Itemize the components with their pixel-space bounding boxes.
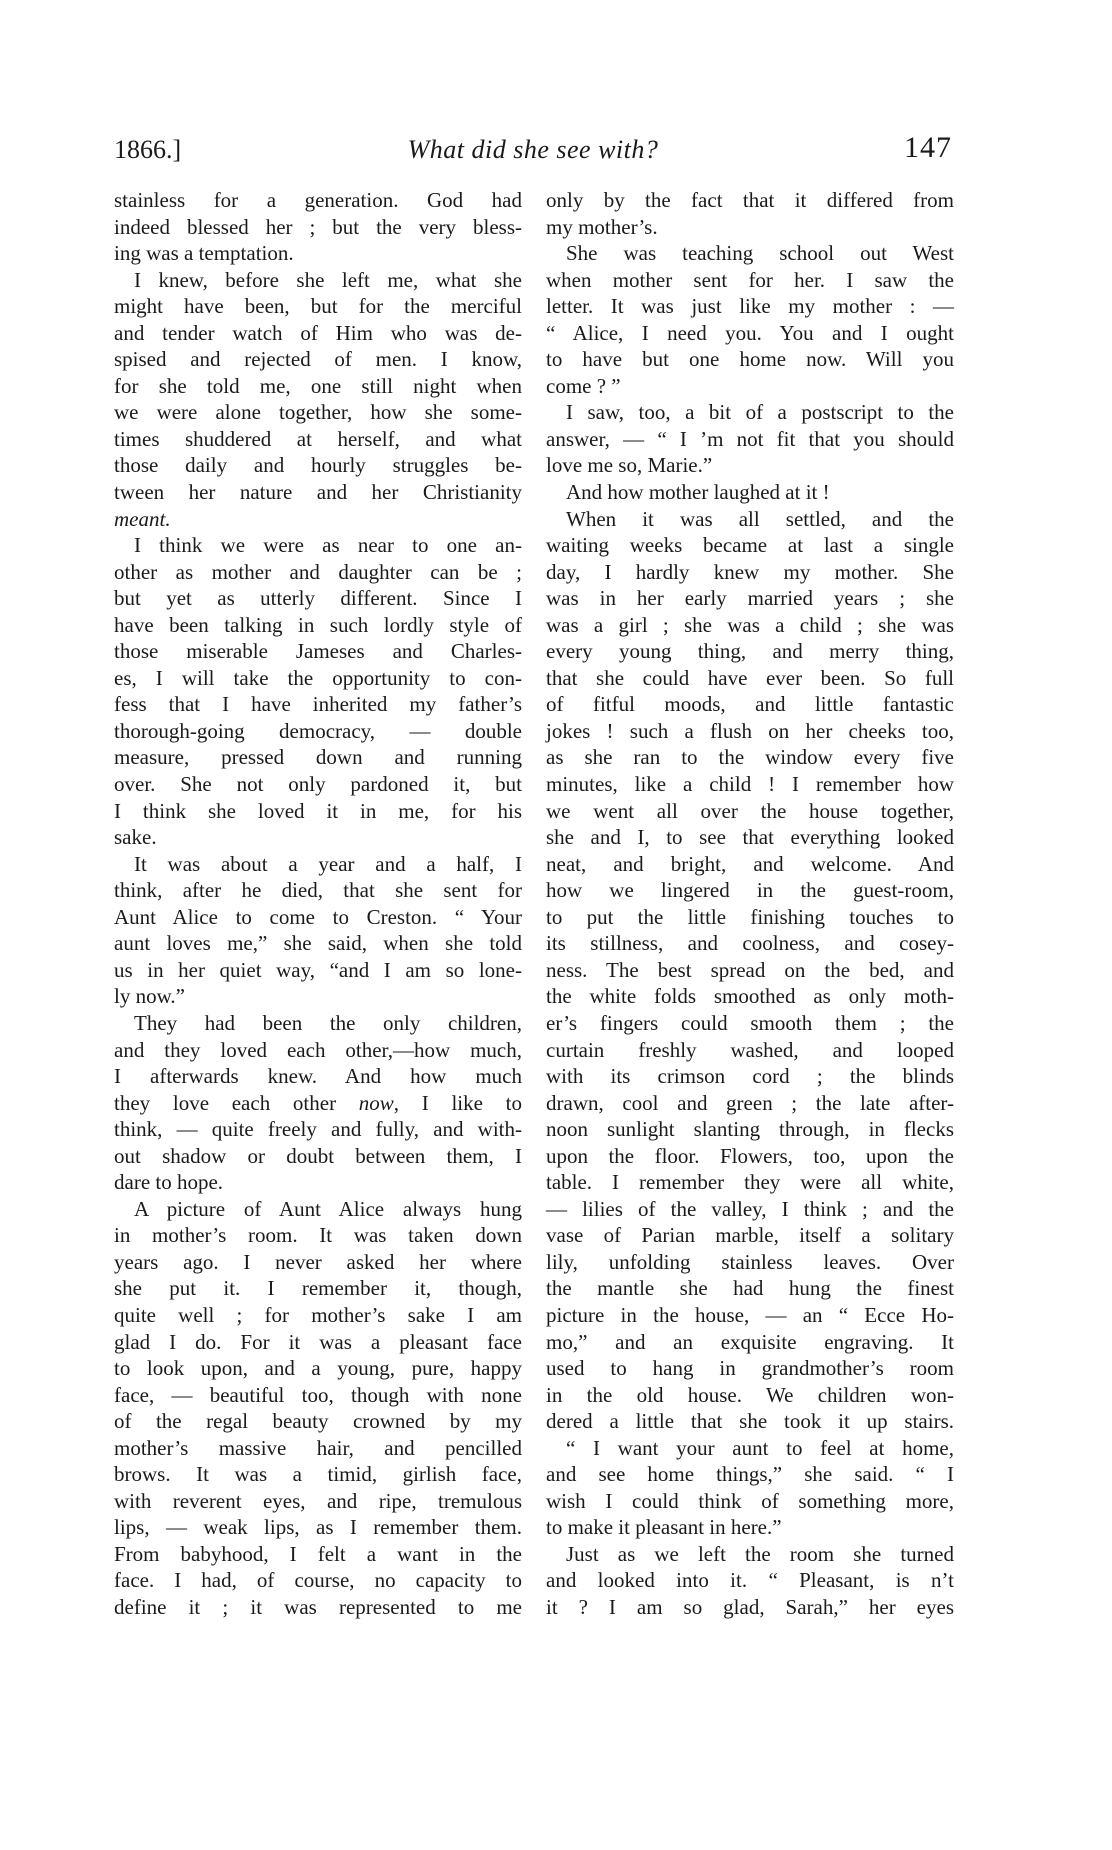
text-line: they love each other now, I like to	[114, 1090, 522, 1117]
text-line-content: meant.	[114, 506, 522, 533]
text-line: I think we were as near to one an-	[114, 532, 522, 559]
text-line-content: mo,” and an exquisite engraving. It	[546, 1329, 954, 1356]
text-line-content: ing was a temptation.	[114, 240, 522, 267]
text-line-content: lips, — weak lips, as I remember them.	[114, 1514, 522, 1541]
text-line-content: answer, — “ I ’m not fit that you should	[546, 426, 954, 453]
text-line-content: curtain freshly washed, and looped	[546, 1037, 954, 1064]
text-line: us in her quiet way, “and I am so lone-	[114, 957, 522, 984]
text-line: but yet as utterly different. Since I	[114, 585, 522, 612]
text-line-content: define it ; it was represented to me	[114, 1594, 522, 1621]
text-line: every young thing, and merry thing,	[546, 638, 954, 665]
text-line: Aunt Alice to come to Creston. “ Your	[114, 904, 522, 931]
text-line: those daily and hourly struggles be-	[114, 452, 522, 479]
text-line: out shadow or doubt between them, I	[114, 1143, 522, 1170]
text-line: over. She not only pardoned it, but	[114, 771, 522, 798]
text-line: think, after he died, that she sent for	[114, 877, 522, 904]
text-line-content: glad I do. For it was a pleasant face	[114, 1329, 522, 1356]
text-line: brows. It was a timid, girlish face,	[114, 1461, 522, 1488]
text-line: quite well ; for mother’s sake I am	[114, 1302, 522, 1329]
text-line-content: it ? I am so glad, Sarah,” her eyes	[546, 1594, 954, 1621]
text-line: was a girl ; she was a child ; she was	[546, 612, 954, 639]
text-line-content: dered a little that she took it up stair…	[546, 1408, 954, 1435]
text-line: vase of Parian marble, itself a solitary	[546, 1222, 954, 1249]
text-line-content: its stillness, and coolness, and cosey-	[546, 930, 954, 957]
text-line-content: other as mother and daughter can be ;	[114, 559, 522, 586]
text-line-content: I think she loved it in me, for his	[114, 798, 522, 825]
text-line: ly now.”	[114, 983, 522, 1010]
text-line: upon the floor. Flowers, too, upon the	[546, 1143, 954, 1170]
text-line-content: that she could have ever been. So full	[546, 665, 954, 692]
text-line-content: table. I remember they were all white,	[546, 1169, 954, 1196]
text-line-content: Just as we left the room she turned	[566, 1541, 954, 1568]
text-line-content: They had been the only children,	[134, 1010, 522, 1037]
text-line: those miserable Jameses and Charles-	[114, 638, 522, 665]
left-column: stainless for a generation. God hadindee…	[114, 187, 522, 1621]
text-line-content: and they loved each other,—how much,	[114, 1037, 522, 1064]
text-line: er’s fingers could smooth them ; the	[546, 1010, 954, 1037]
text-line: the mantle she had hung the finest	[546, 1275, 954, 1302]
text-line: she and I, to see that everything looked	[546, 824, 954, 851]
text-line: she put it. I remember it, though,	[114, 1275, 522, 1302]
text-line: to put the little finishing touches to	[546, 904, 954, 931]
text-line-content: brows. It was a timid, girlish face,	[114, 1461, 522, 1488]
text-line: and they loved each other,—how much,	[114, 1037, 522, 1064]
text-line-content: It was about a year and a half, I	[134, 851, 522, 878]
text-line-content: they love each other now, I like to	[114, 1090, 522, 1117]
text-line-content: — lilies of the valley, I think ; and th…	[546, 1196, 954, 1223]
text-line-content: er’s fingers could smooth them ; the	[546, 1010, 954, 1037]
text-line: ness. The best spread on the bed, and	[546, 957, 954, 984]
text-line: face. I had, of course, no capacity to	[114, 1567, 522, 1594]
text-line-content: picture in the house, — an “ Ecce Ho-	[546, 1302, 954, 1329]
running-header: 1866.] What did she see with? 147	[114, 132, 952, 168]
text-line-content: From babyhood, I felt a want in the	[114, 1541, 522, 1568]
text-line: Just as we left the room she turned	[546, 1541, 954, 1568]
text-line: and see home things,” she said. “ I	[546, 1461, 954, 1488]
text-line-content: waiting weeks became at last a single	[546, 532, 954, 559]
text-line: She was teaching school out West	[546, 240, 954, 267]
text-line: love me so, Marie.”	[546, 452, 954, 479]
text-line-content: drawn, cool and green ; the late after-	[546, 1090, 954, 1117]
text-line: used to hang in grandmother’s room	[546, 1355, 954, 1382]
text-line: for she told me, one still night when	[114, 373, 522, 400]
text-line: letter. It was just like my mother : —	[546, 293, 954, 320]
text-line-content: and tender watch of Him who was de-	[114, 320, 522, 347]
text-line-content: neat, and bright, and welcome. And	[546, 851, 954, 878]
text-line-content: when mother sent for her. I saw the	[546, 267, 954, 294]
text-line: to make it pleasant in here.”	[546, 1514, 954, 1541]
text-line: lips, — weak lips, as I remember them.	[114, 1514, 522, 1541]
text-line-content: but yet as utterly different. Since I	[114, 585, 522, 612]
text-line: curtain freshly washed, and looped	[546, 1037, 954, 1064]
text-line-content: quite well ; for mother’s sake I am	[114, 1302, 522, 1329]
text-line: noon sunlight slanting through, in fleck…	[546, 1116, 954, 1143]
text-line: dare to hope.	[114, 1169, 522, 1196]
text-line: I knew, before she left me, what she	[114, 267, 522, 294]
text-line-content: stainless for a generation. God had	[114, 187, 522, 214]
text-line: jokes ! such a flush on her cheeks too,	[546, 718, 954, 745]
text-line: how we lingered in the guest-room,	[546, 877, 954, 904]
text-line-content: every young thing, and merry thing,	[546, 638, 954, 665]
text-line: we went all over the house together,	[546, 798, 954, 825]
text-line: wish I could think of something more,	[546, 1488, 954, 1515]
text-line-content: might have been, but for the merciful	[114, 293, 522, 320]
text-line: minutes, like a child ! I remember how	[546, 771, 954, 798]
text-line-content: think, after he died, that she sent for	[114, 877, 522, 904]
text-line-content: fess that I have inherited my father’s	[114, 691, 522, 718]
text-line: times shuddered at herself, and what	[114, 426, 522, 453]
text-line: to look upon, and a young, pure, happy	[114, 1355, 522, 1382]
text-line-content: es, I will take the opportunity to con-	[114, 665, 522, 692]
text-line: its stillness, and coolness, and cosey-	[546, 930, 954, 957]
text-line-content: of the regal beauty crowned by my	[114, 1408, 522, 1435]
text-line-content: letter. It was just like my mother : —	[546, 293, 954, 320]
text-line: table. I remember they were all white,	[546, 1169, 954, 1196]
text-line: I think she loved it in me, for his	[114, 798, 522, 825]
text-line-content: noon sunlight slanting through, in fleck…	[546, 1116, 954, 1143]
text-line: meant.	[114, 506, 522, 533]
text-line-content: in the old house. We children won-	[546, 1382, 954, 1409]
text-line-content: in mother’s room. It was taken down	[114, 1222, 522, 1249]
text-line-content: ness. The best spread on the bed, and	[546, 957, 954, 984]
text-line-content: of fitful moods, and little fantastic	[546, 691, 954, 718]
text-line: in the old house. We children won-	[546, 1382, 954, 1409]
text-line-content: minutes, like a child ! I remember how	[546, 771, 954, 798]
text-line: lily, unfolding stainless leaves. Over	[546, 1249, 954, 1276]
text-line-content: wish I could think of something more,	[546, 1488, 954, 1515]
text-line-content: us in her quiet way, “and I am so lone-	[114, 957, 522, 984]
text-line-content: for she told me, one still night when	[114, 373, 522, 400]
text-line: “ I want your aunt to feel at home,	[546, 1435, 954, 1462]
text-line: thorough-going democracy, — double	[114, 718, 522, 745]
text-line: with its crimson cord ; the blinds	[546, 1063, 954, 1090]
text-line: come ? ”	[546, 373, 954, 400]
text-line-content: face, — beautiful too, though with none	[114, 1382, 522, 1409]
text-line-content: over. She not only pardoned it, but	[114, 771, 522, 798]
text-line: indeed blessed her ; but the very bless-	[114, 214, 522, 241]
text-line-content: to have but one home now. Will you	[546, 346, 954, 373]
text-line-content: jokes ! such a flush on her cheeks too,	[546, 718, 954, 745]
text-line: answer, — “ I ’m not fit that you should	[546, 426, 954, 453]
text-line-content: we went all over the house together,	[546, 798, 954, 825]
text-line: as she ran to the window every five	[546, 744, 954, 771]
text-line-content: A picture of Aunt Alice always hung	[134, 1196, 522, 1223]
text-line: to have but one home now. Will you	[546, 346, 954, 373]
text-line: — lilies of the valley, I think ; and th…	[546, 1196, 954, 1223]
text-line: They had been the only children,	[114, 1010, 522, 1037]
text-line: drawn, cool and green ; the late after-	[546, 1090, 954, 1117]
text-line: only by the fact that it differed from	[546, 187, 954, 214]
text-line: the white folds smoothed as only moth-	[546, 983, 954, 1010]
text-line-content: day, I hardly knew my mother. She	[546, 559, 954, 586]
text-line: measure, pressed down and running	[114, 744, 522, 771]
text-line-content: dare to hope.	[114, 1169, 522, 1196]
text-line-content: was a girl ; she was a child ; she was	[546, 612, 954, 639]
text-line-content: upon the floor. Flowers, too, upon the	[546, 1143, 954, 1170]
text-line: fess that I have inherited my father’s	[114, 691, 522, 718]
text-line: might have been, but for the merciful	[114, 293, 522, 320]
text-line-content: She was teaching school out West	[566, 240, 954, 267]
text-line-content: ly now.”	[114, 983, 522, 1010]
text-line-content: she and I, to see that everything looked	[546, 824, 954, 851]
scanned-page: 1866.] What did she see with? 147 stainl…	[0, 0, 1112, 1850]
text-line: tween her nature and her Christianity	[114, 479, 522, 506]
text-line: we were alone together, how she some-	[114, 399, 522, 426]
text-line-content: “ I want your aunt to feel at home,	[566, 1435, 954, 1462]
text-line: years ago. I never asked her where	[114, 1249, 522, 1276]
text-line: other as mother and daughter can be ;	[114, 559, 522, 586]
text-line: spised and rejected of men. I know,	[114, 346, 522, 373]
text-line: day, I hardly knew my mother. She	[546, 559, 954, 586]
text-line: face, — beautiful too, though with none	[114, 1382, 522, 1409]
text-line: sake.	[114, 824, 522, 851]
text-line: aunt loves me,” she said, when she told	[114, 930, 522, 957]
text-line: mother’s massive hair, and pencilled	[114, 1435, 522, 1462]
text-line-content: I afterwards knew. And how much	[114, 1063, 522, 1090]
text-line-content: spised and rejected of men. I know,	[114, 346, 522, 373]
text-line: I saw, too, a bit of a postscript to the	[546, 399, 954, 426]
text-line: with reverent eyes, and ripe, tremulous	[114, 1488, 522, 1515]
text-line-content: love me so, Marie.”	[546, 452, 954, 479]
text-line: es, I will take the opportunity to con-	[114, 665, 522, 692]
text-line-content: I think we were as near to one an-	[134, 532, 522, 559]
text-line-content: years ago. I never asked her where	[114, 1249, 522, 1276]
text-line-content: to look upon, and a young, pure, happy	[114, 1355, 522, 1382]
text-line: it ? I am so glad, Sarah,” her eyes	[546, 1594, 954, 1621]
text-line: of fitful moods, and little fantastic	[546, 691, 954, 718]
text-line-content: to put the little finishing touches to	[546, 904, 954, 931]
text-line: have been talking in such lordly style o…	[114, 612, 522, 639]
text-line-content: she put it. I remember it, though,	[114, 1275, 522, 1302]
right-column: only by the fact that it differed frommy…	[546, 187, 954, 1621]
text-line-content: When it was all settled, and the	[566, 506, 954, 533]
text-line-content: aunt loves me,” she said, when she told	[114, 930, 522, 957]
text-line-content: come ? ”	[546, 373, 954, 400]
text-line-content: to make it pleasant in here.”	[546, 1514, 954, 1541]
text-line: It was about a year and a half, I	[114, 851, 522, 878]
header-title: What did she see with?	[114, 132, 952, 168]
text-line: A picture of Aunt Alice always hung	[114, 1196, 522, 1223]
text-line-content: with its crimson cord ; the blinds	[546, 1063, 954, 1090]
text-line: when mother sent for her. I saw the	[546, 267, 954, 294]
text-line-content: tween her nature and her Christianity	[114, 479, 522, 506]
text-line-content: think, — quite freely and fully, and wit…	[114, 1116, 522, 1143]
text-line: stainless for a generation. God had	[114, 187, 522, 214]
text-line: From babyhood, I felt a want in the	[114, 1541, 522, 1568]
text-line: and tender watch of Him who was de-	[114, 320, 522, 347]
text-line-content: with reverent eyes, and ripe, tremulous	[114, 1488, 522, 1515]
text-line: I afterwards knew. And how much	[114, 1063, 522, 1090]
text-line-content: And how mother laughed at it !	[566, 479, 954, 506]
text-line-content: those daily and hourly struggles be-	[114, 452, 522, 479]
text-line: “ Alice, I need you. You and I ought	[546, 320, 954, 347]
text-line-content: and see home things,” she said. “ I	[546, 1461, 954, 1488]
text-line-content: times shuddered at herself, and what	[114, 426, 522, 453]
text-line-content: mother’s massive hair, and pencilled	[114, 1435, 522, 1462]
text-line: dered a little that she took it up stair…	[546, 1408, 954, 1435]
text-line-content: was in her early married years ; she	[546, 585, 954, 612]
text-line-content: only by the fact that it differed from	[546, 187, 954, 214]
text-line-content: my mother’s.	[546, 214, 954, 241]
text-line-content: we were alone together, how she some-	[114, 399, 522, 426]
text-line: and looked into it. “ Pleasant, is n’t	[546, 1567, 954, 1594]
text-line-content: thorough-going democracy, — double	[114, 718, 522, 745]
text-line-content: measure, pressed down and running	[114, 744, 522, 771]
text-line: When it was all settled, and the	[546, 506, 954, 533]
text-line: that she could have ever been. So full	[546, 665, 954, 692]
text-line-content: as she ran to the window every five	[546, 744, 954, 771]
text-line: glad I do. For it was a pleasant face	[114, 1329, 522, 1356]
text-line: picture in the house, — an “ Ecce Ho-	[546, 1302, 954, 1329]
page-number: 147	[904, 130, 952, 166]
text-line: ing was a temptation.	[114, 240, 522, 267]
text-line-content: sake.	[114, 824, 522, 851]
text-line: in mother’s room. It was taken down	[114, 1222, 522, 1249]
text-line: waiting weeks became at last a single	[546, 532, 954, 559]
text-line-content: the white folds smoothed as only moth-	[546, 983, 954, 1010]
text-line-content: and looked into it. “ Pleasant, is n’t	[546, 1567, 954, 1594]
text-line: my mother’s.	[546, 214, 954, 241]
text-line: neat, and bright, and welcome. And	[546, 851, 954, 878]
text-line-content: I saw, too, a bit of a postscript to the	[566, 399, 954, 426]
text-line-content: vase of Parian marble, itself a solitary	[546, 1222, 954, 1249]
text-line-content: out shadow or doubt between them, I	[114, 1143, 522, 1170]
text-line: was in her early married years ; she	[546, 585, 954, 612]
text-line-content: Aunt Alice to come to Creston. “ Your	[114, 904, 522, 931]
text-line-content: have been talking in such lordly style o…	[114, 612, 522, 639]
text-line-content: “ Alice, I need you. You and I ought	[546, 320, 954, 347]
text-line-content: face. I had, of course, no capacity to	[114, 1567, 522, 1594]
text-line: think, — quite freely and fully, and wit…	[114, 1116, 522, 1143]
text-line-content: the mantle she had hung the finest	[546, 1275, 954, 1302]
text-line-content: how we lingered in the guest-room,	[546, 877, 954, 904]
text-line: define it ; it was represented to me	[114, 1594, 522, 1621]
text-line-content: I knew, before she left me, what she	[134, 267, 522, 294]
text-line-content: lily, unfolding stainless leaves. Over	[546, 1249, 954, 1276]
text-line-content: indeed blessed her ; but the very bless-	[114, 214, 522, 241]
text-line: of the regal beauty crowned by my	[114, 1408, 522, 1435]
text-line: mo,” and an exquisite engraving. It	[546, 1329, 954, 1356]
text-line-content: those miserable Jameses and Charles-	[114, 638, 522, 665]
text-line-content: used to hang in grandmother’s room	[546, 1355, 954, 1382]
text-line: And how mother laughed at it !	[546, 479, 954, 506]
